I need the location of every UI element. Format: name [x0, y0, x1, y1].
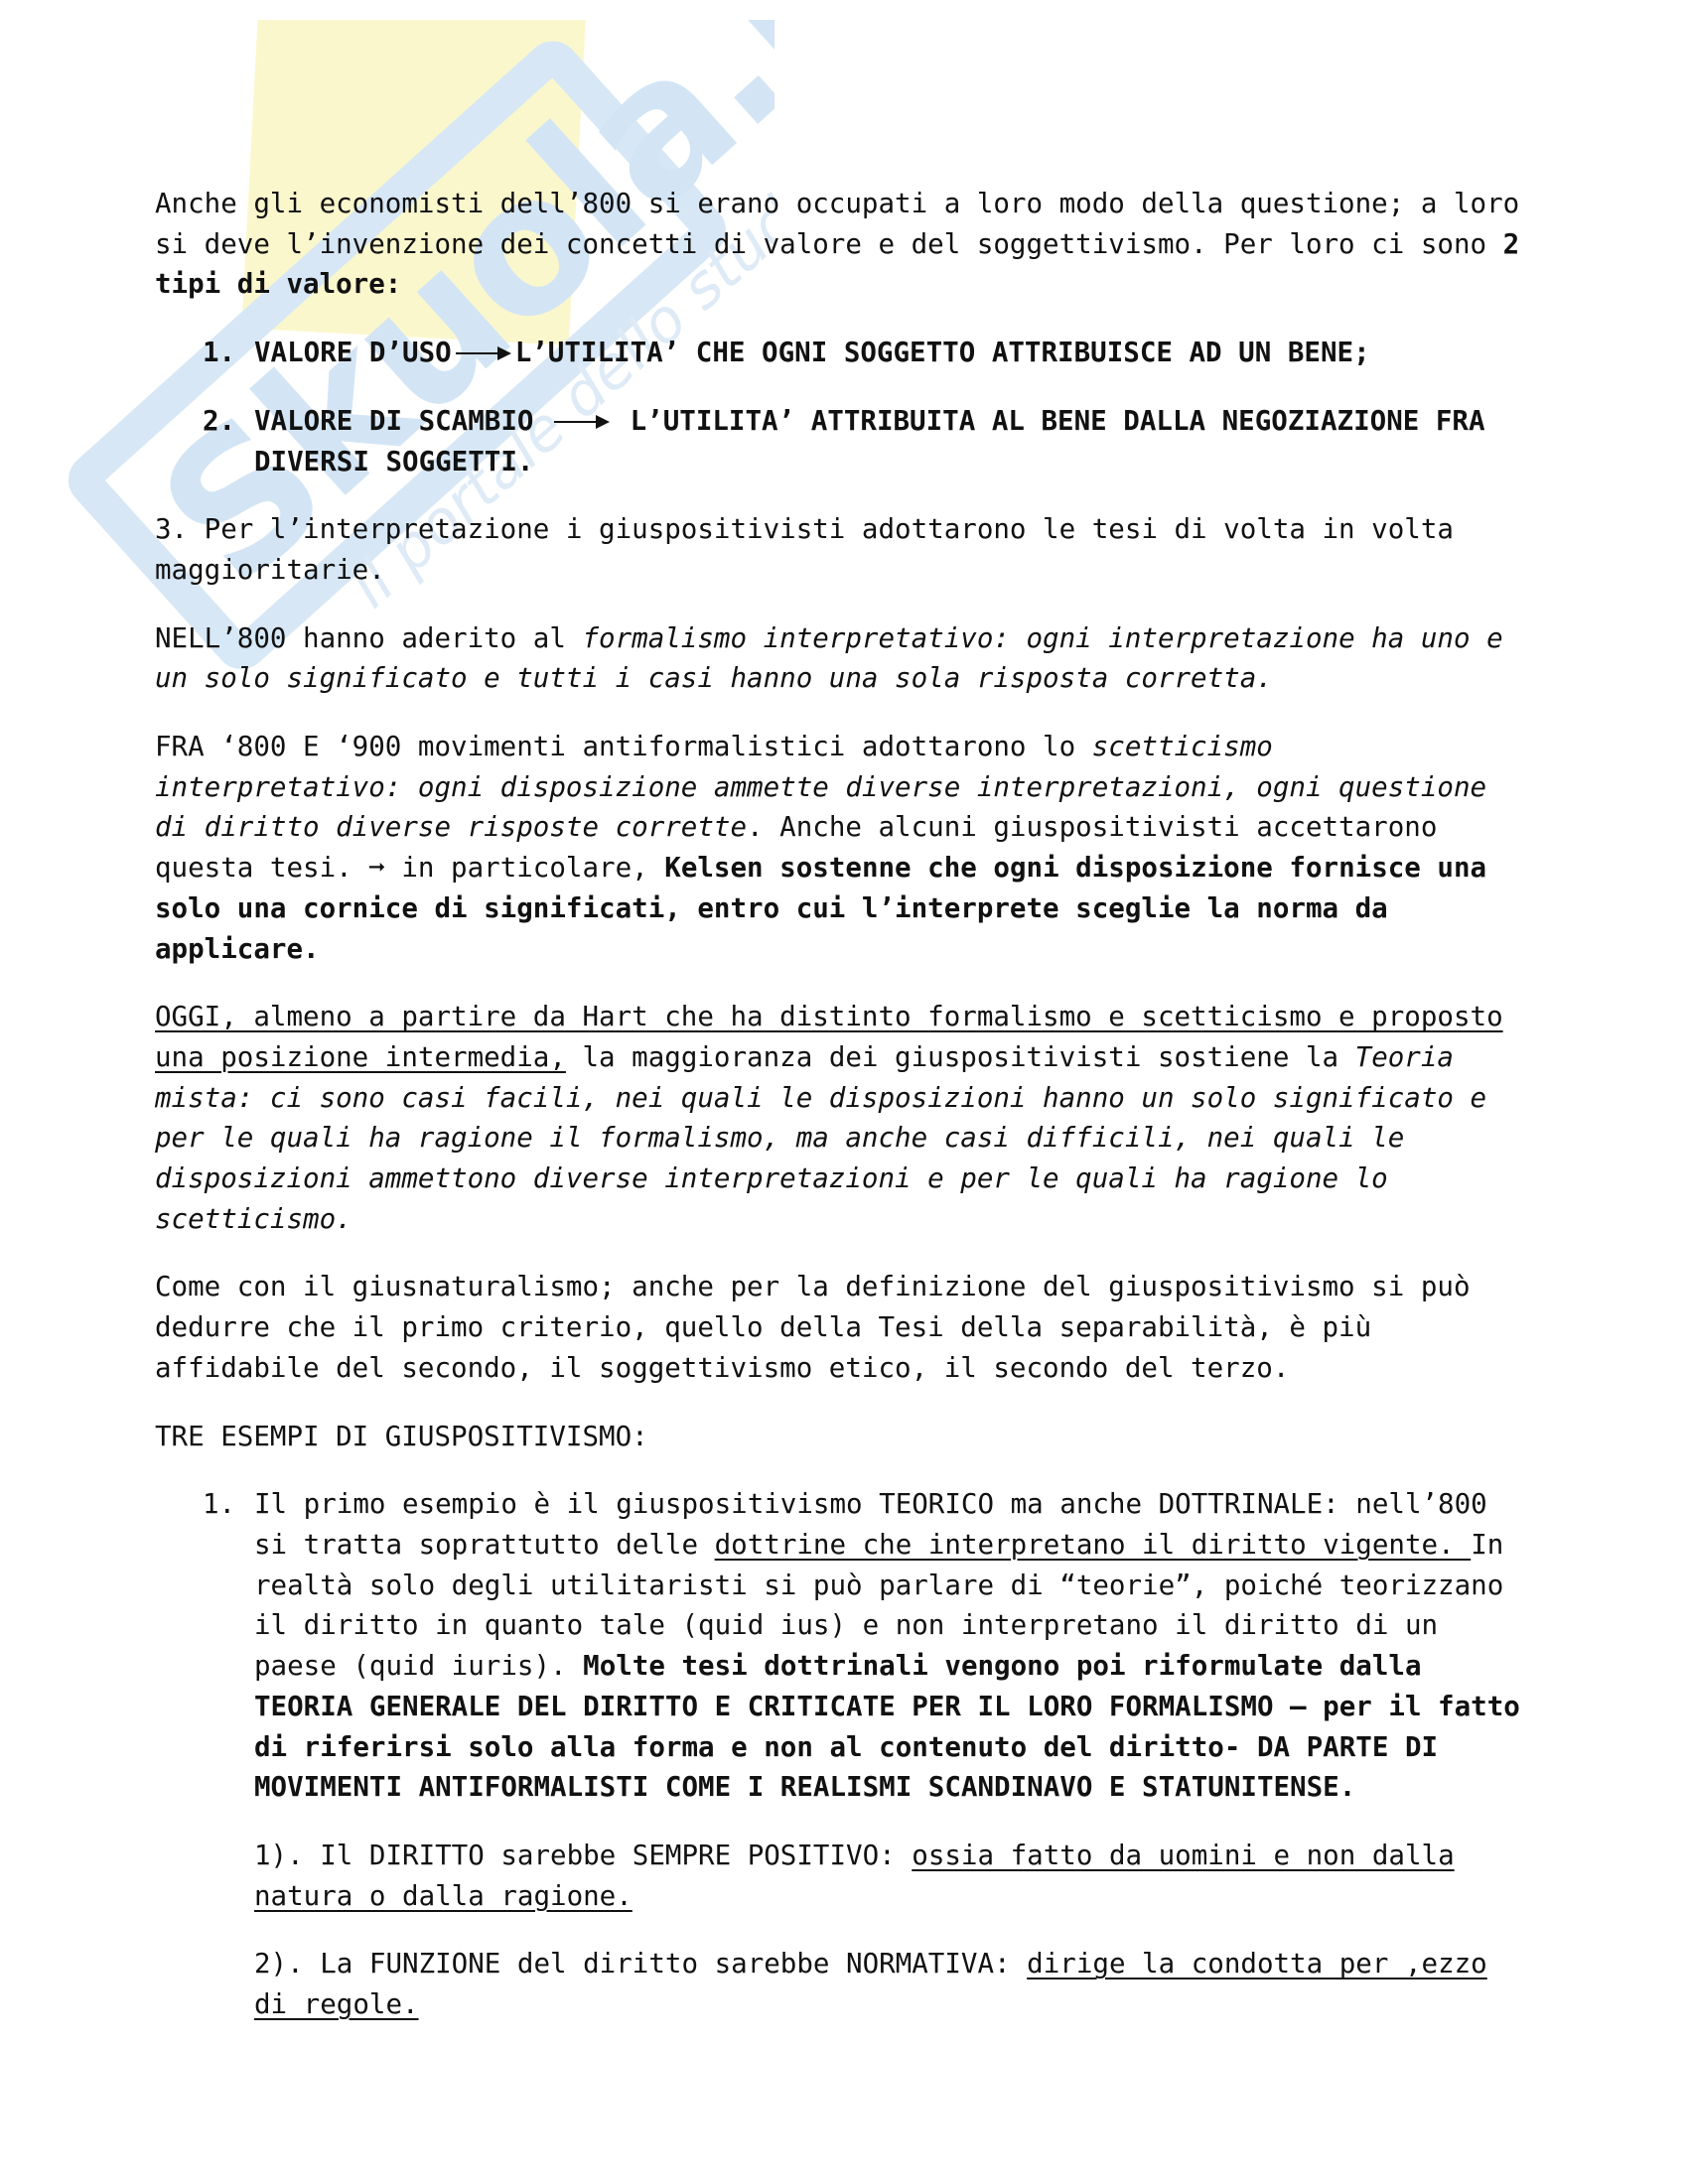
- scetticismo-lead: FRA ‘800 E ‘900 movimenti antiformalisti…: [155, 731, 1092, 762]
- teoria-mista-paragraph: OGGI, almeno a partire da Hart che ha di…: [155, 997, 1525, 1239]
- esempi-list: 1. Il primo esempio è il giuspositivismo…: [155, 1484, 1525, 1808]
- scetticismo-mid2: in particolare,: [385, 852, 664, 884]
- valore-definition: L’UTILITA’ CHE OGNI SOGGETTO ATTRIBUISCE…: [515, 337, 1370, 368]
- sub-point-lead: 1). Il DIRITTO sarebbe SEMPRE POSITIVO:: [254, 1840, 912, 1871]
- formalismo-lead: NELL’800 hanno aderito al: [155, 622, 582, 654]
- sub-point-positivo: 1). Il DIRITTO sarebbe SEMPRE POSITIVO: …: [155, 1836, 1525, 1916]
- intro-text: Anche gli economisti dell’800 si erano o…: [155, 188, 1519, 260]
- intro-paragraph: Anche gli economisti dell’800 si erano o…: [155, 184, 1525, 305]
- list-number: 1.: [203, 1484, 235, 1525]
- sub-point-normativa: 2). La FUNZIONE del diritto sarebbe NORM…: [155, 1944, 1525, 2024]
- esempio-underlined: dottrine che interpretano il diritto vig…: [715, 1529, 1472, 1561]
- criteri-paragraph: Come con il giusnaturalismo; anche per l…: [155, 1267, 1525, 1388]
- arrow-right-icon: ➞: [368, 852, 385, 884]
- list-number: 1.: [203, 333, 235, 373]
- document-page: Anche gli economisti dell’800 si erano o…: [155, 184, 1525, 2053]
- interpretazione-paragraph: 3. Per l’interpretazione i giuspositivis…: [155, 509, 1525, 590]
- tre-esempi-heading: TRE ESEMPI DI GIUSPOSITIVISMO:: [155, 1417, 1525, 1457]
- arrow-right-icon: [456, 348, 511, 358]
- sub-point-lead: 2). La FUNZIONE del diritto sarebbe NORM…: [254, 1948, 1027, 1979]
- list-item-esempio-1: 1. Il primo esempio è il giuspositivismo…: [155, 1484, 1525, 1808]
- list-item-valore-scambio: 2. VALORE DI SCAMBIO L’UTILITA’ ATTRIBUI…: [155, 401, 1525, 481]
- list-number: 2.: [203, 401, 235, 442]
- valore-term: VALORE D’USO: [254, 337, 452, 368]
- valori-list: 1. VALORE D’USOL’UTILITA’ CHE OGNI SOGGE…: [155, 333, 1525, 481]
- arrow-right-icon: [554, 417, 610, 427]
- scetticismo-paragraph: FRA ‘800 E ‘900 movimenti antiformalisti…: [155, 727, 1525, 969]
- formalismo-paragraph: NELL’800 hanno aderito al formalismo int…: [155, 618, 1525, 699]
- valore-term: VALORE DI SCAMBIO: [254, 405, 533, 437]
- list-item-valore-uso: 1. VALORE D’USOL’UTILITA’ CHE OGNI SOGGE…: [155, 333, 1525, 373]
- teoria-mista-mid: la maggioranza dei giuspositivisti sosti…: [566, 1041, 1355, 1073]
